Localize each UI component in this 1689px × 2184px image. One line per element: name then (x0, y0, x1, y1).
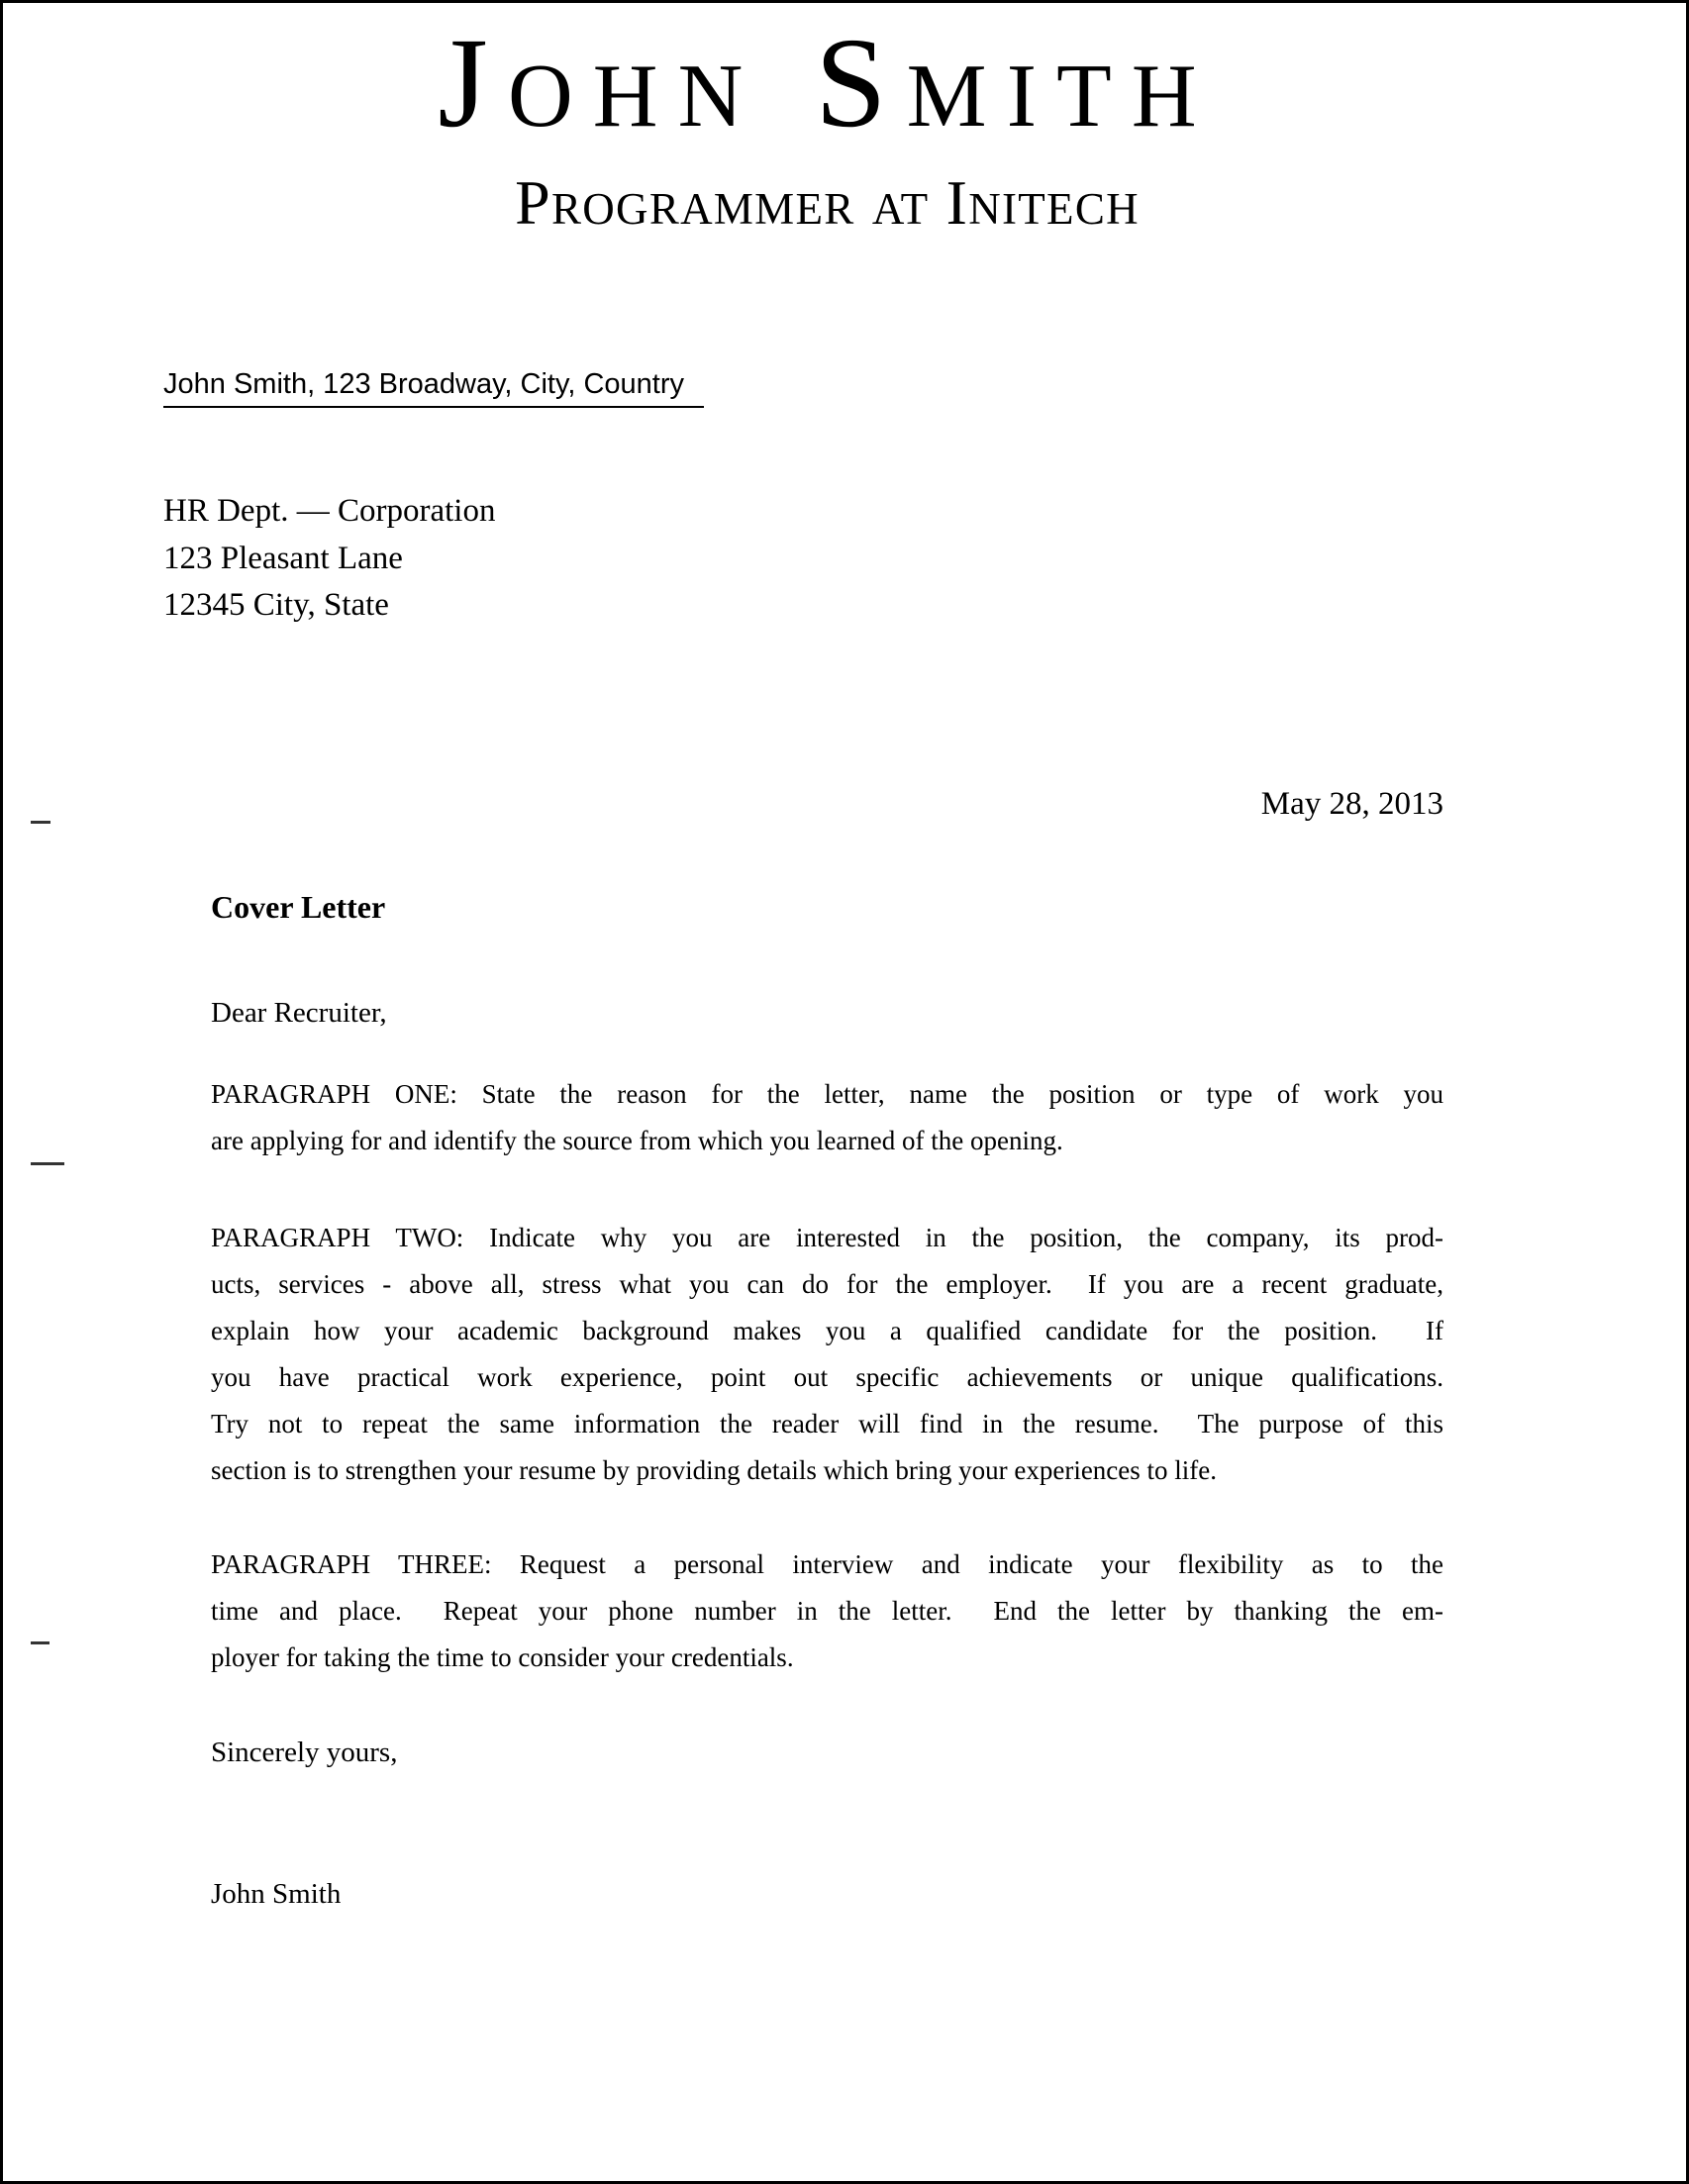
recipient-line: 12345 City, State (163, 582, 495, 630)
subject-line: Cover Letter (211, 891, 385, 923)
paragraph-line: Try not to repeat the same information t… (211, 1401, 1443, 1447)
recipient-line: 123 Pleasant Lane (163, 536, 495, 583)
paragraph-line: section is to strengthen your resume by … (211, 1447, 1443, 1494)
salutation: Dear Recruiter, (211, 999, 387, 1028)
paragraph-two: PARAGRAPH TWO: Indicate why you are inte… (211, 1215, 1443, 1494)
paragraph-line: PARAGRAPH THREE: Request a personal inte… (211, 1541, 1443, 1588)
fold-mark-bottom (31, 1641, 50, 1644)
recipient-line: HR Dept. — Corporation (163, 488, 495, 536)
closing: Sincerely yours, (211, 1738, 397, 1767)
letter-date: May 28, 2013 (211, 788, 1443, 821)
paragraph-line: explain how your academic background mak… (211, 1308, 1443, 1354)
paragraph-line: are applying for and identify the source… (211, 1118, 1443, 1164)
sender-address: John Smith, 123 Broadway, City, Country (163, 370, 704, 408)
paragraph-line: you have practical work experience, poin… (211, 1354, 1443, 1401)
recipient-address: HR Dept. — Corporation 123 Pleasant Lane… (163, 488, 495, 630)
paragraph-line: ucts, services - above all, stress what … (211, 1261, 1443, 1308)
fold-mark-center (31, 1162, 64, 1165)
paragraph-line: PARAGRAPH TWO: Indicate why you are inte… (211, 1215, 1443, 1261)
page-title: John Smith (211, 19, 1443, 148)
paragraph-line: ployer for taking the time to consider y… (211, 1635, 1443, 1681)
signature-name: John Smith (211, 1880, 341, 1909)
paragraph-one: PARAGRAPH ONE: State the reason for the … (211, 1071, 1443, 1164)
letter-page: John Smith Programmer at Initech John Sm… (0, 0, 1689, 2184)
paragraph-line: PARAGRAPH ONE: State the reason for the … (211, 1071, 1443, 1118)
sender-address-line: John Smith, 123 Broadway, City, Country (163, 370, 704, 408)
fold-mark-top (31, 821, 50, 824)
job-subtitle: Programmer at Initech (211, 171, 1443, 235)
paragraph-line: time and place. Repeat your phone number… (211, 1588, 1443, 1635)
paragraph-three: PARAGRAPH THREE: Request a personal inte… (211, 1541, 1443, 1681)
